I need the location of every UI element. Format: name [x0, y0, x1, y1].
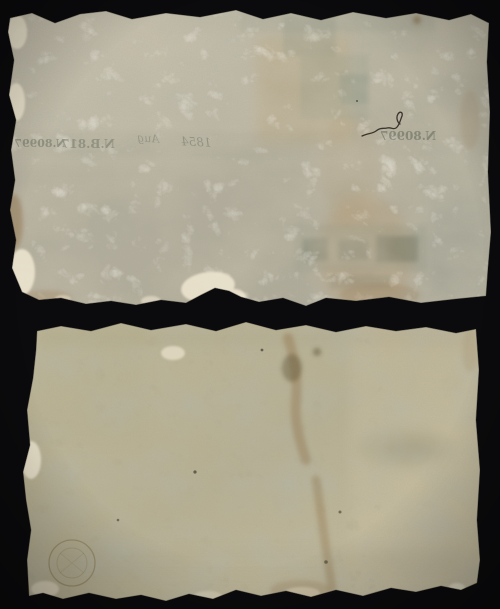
photo-vignette	[0, 0, 500, 609]
photo-backdrop: N.80997 N.B.817 Aug 1854 N.80997	[0, 0, 500, 609]
banknotes-photo: N.80997 N.B.817 Aug 1854 N.80997	[0, 0, 500, 609]
